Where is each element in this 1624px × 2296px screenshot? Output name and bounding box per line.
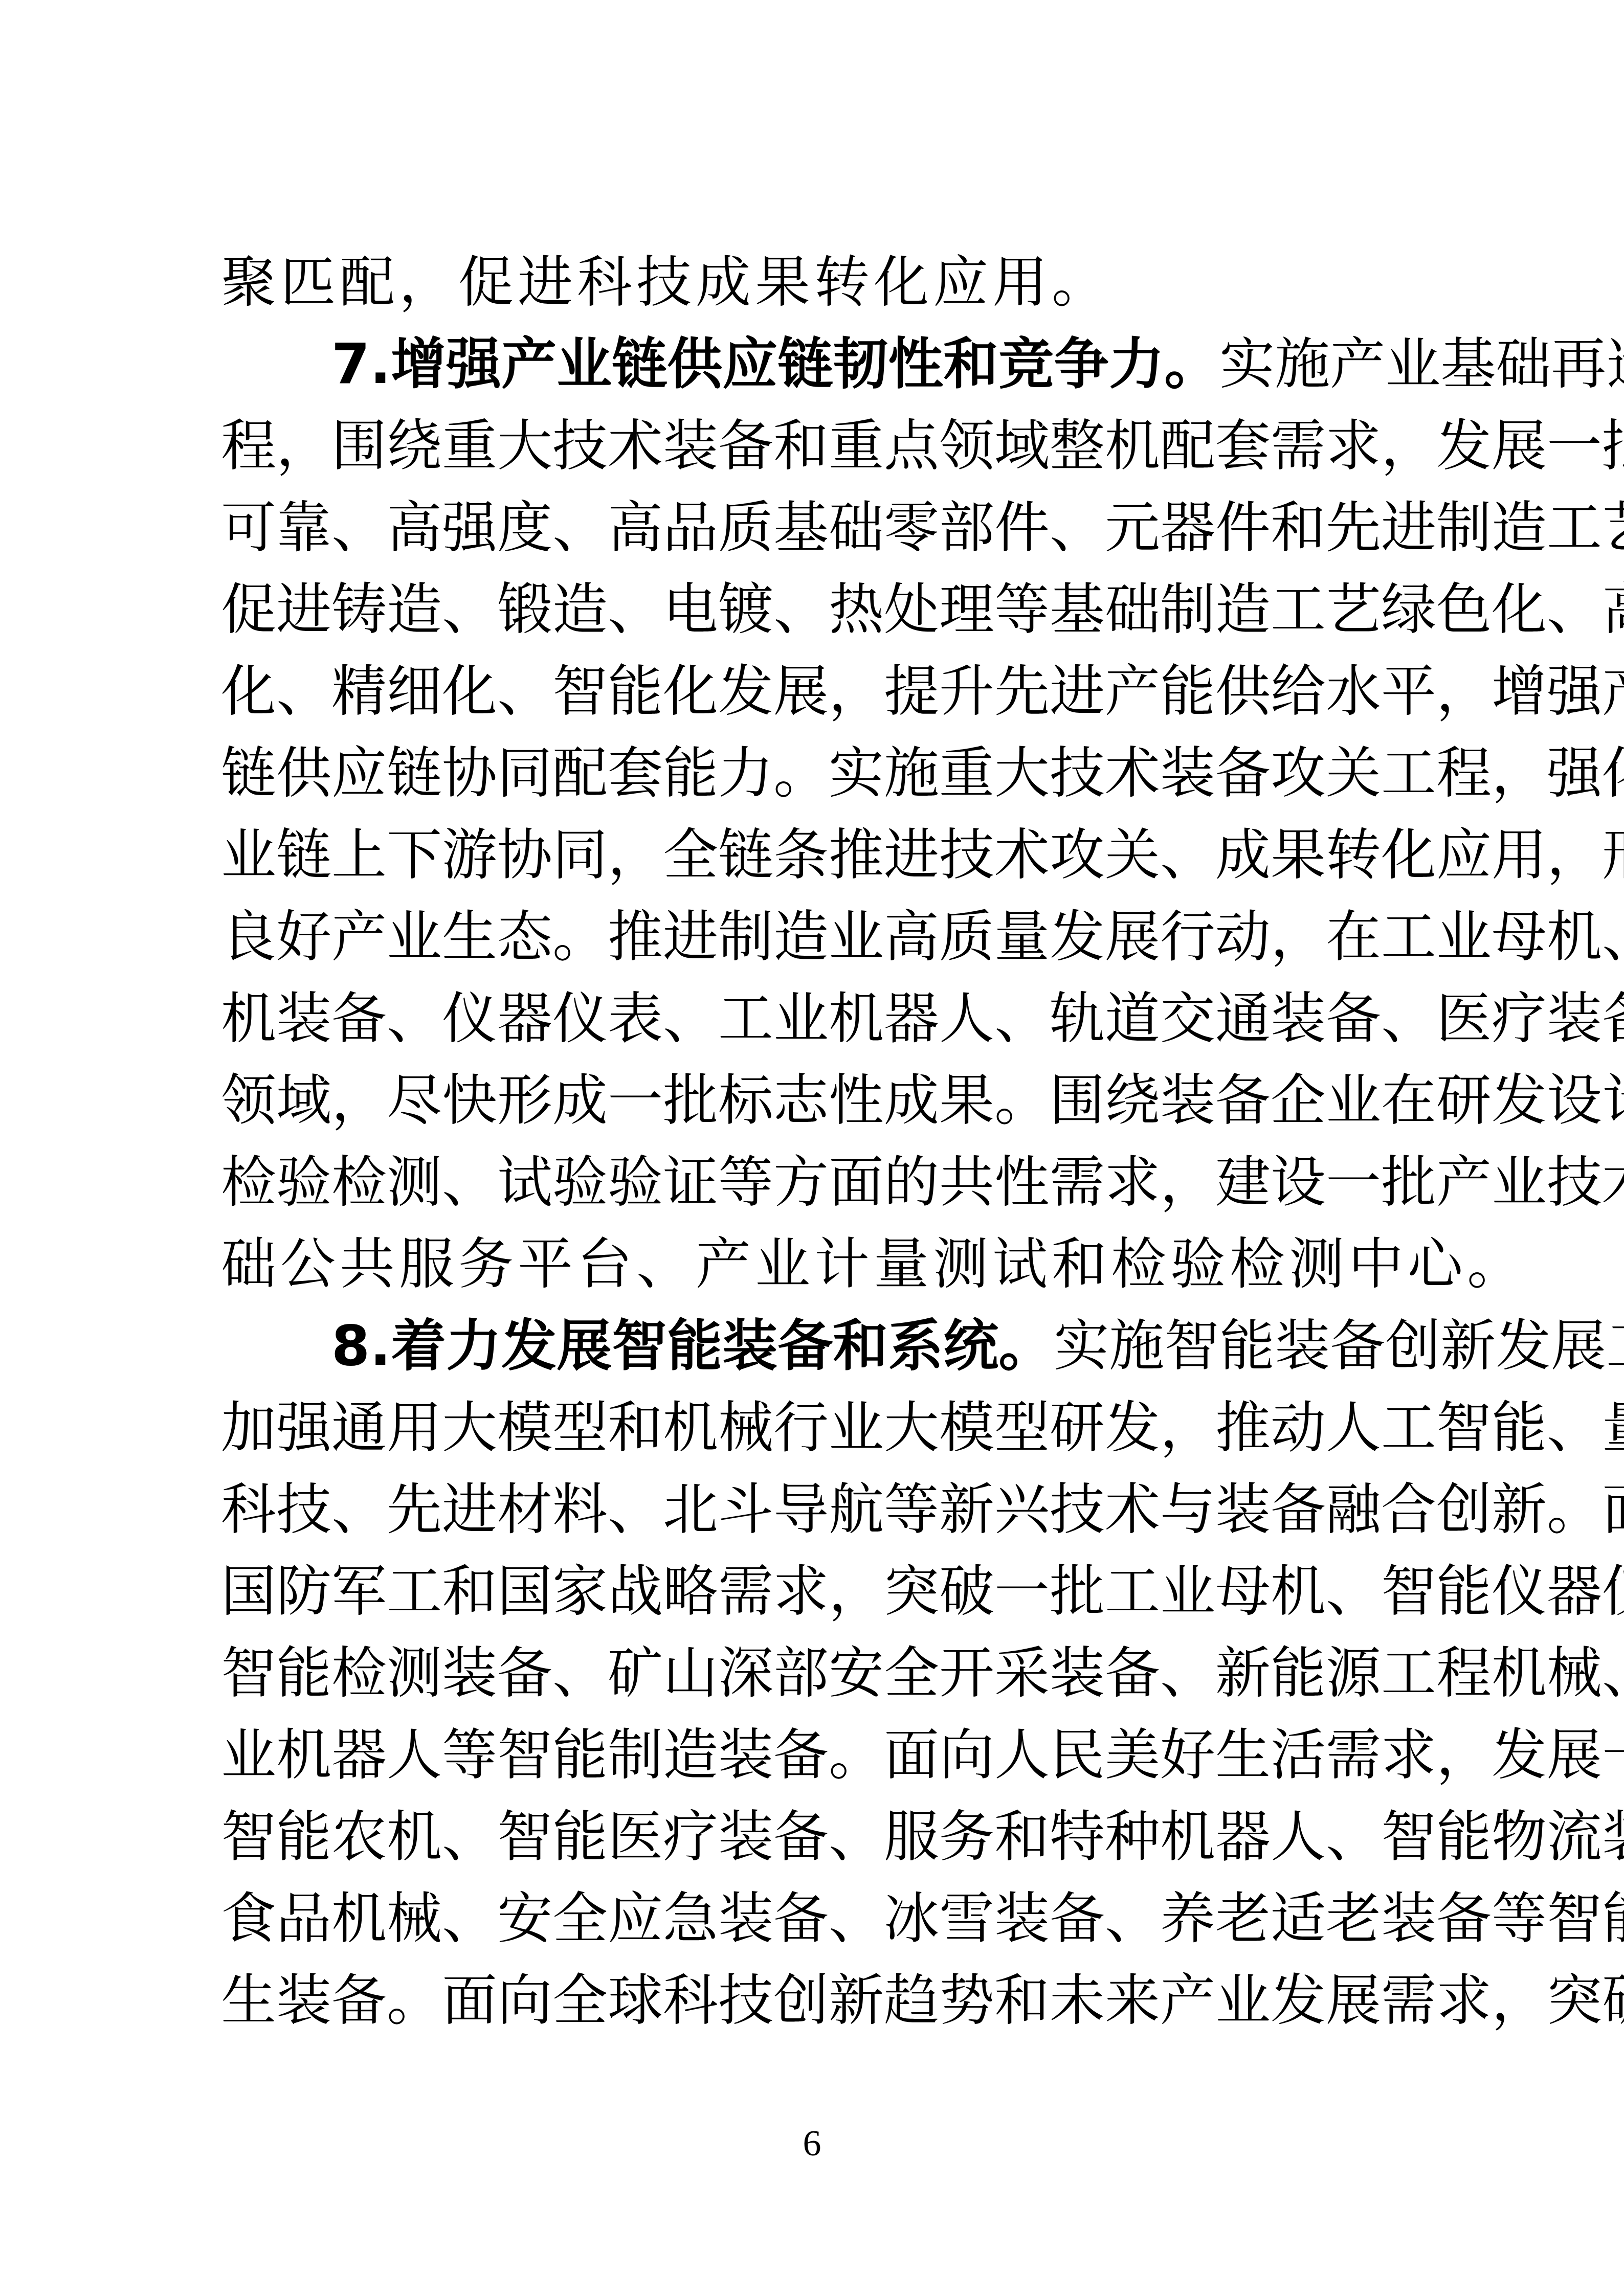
text-line: 链供应链协同配套能力。实施重大技术装备攻关工程，强化产 [221,735,1418,812]
text-line: 科技、先进材料、北斗导航等新兴技术与装备融合创新。面向 [221,1472,1418,1548]
text-line: 业机器人等智能制造装备。面向人民美好生活需求，发展一批 [221,1717,1418,1794]
text-line: 础公共服务平台、产业计量测试和检验检测中心。 [221,1226,1526,1303]
section-8-heading: 8.着力发展智能装备和系统。 [331,1314,1054,1378]
text-line: 智能农机、智能医疗装备、服务和特种机器人、智能物流装备、 [221,1799,1418,1876]
section-8-first-line: 8.着力发展智能装备和系统。实施智能装备创新发展工程， [221,1308,1418,1385]
section-7-heading: 7.增强产业链供应链韧性和竞争力。 [331,332,1219,396]
text-line: 智能检测装备、矿山深部安全开采装备、新能源工程机械、工 [221,1635,1418,1712]
text-line: 可靠、高强度、高品质基础零部件、元器件和先进制造工艺。 [221,490,1418,567]
text-line: 聚匹配，促进科技成果转化应用。 [221,244,1111,321]
text-line: 业链上下游协同，全链条推进技术攻关、成果转化应用，形成 [221,817,1418,894]
text-line: 食品机械、安全应急装备、冰雪装备、养老适老装备等智能民 [221,1881,1418,1957]
text-line: 机装备、仪器仪表、工业机器人、轨道交通装备、医疗装备等 [221,981,1418,1057]
text-line: 加强通用大模型和机械行业大模型研发，推动人工智能、量子 [221,1390,1418,1467]
text-span: 实施智能装备创新发展工程， [1054,1314,1624,1378]
text-line: 领域，尽快形成一批标志性成果。围绕装备企业在研发设计、 [221,1063,1418,1139]
text-line: 程，围绕重大技术装备和重点领域整机配套需求，发展一批高 [221,408,1418,485]
text-line: 国防军工和国家战略需求，突破一批工业母机、智能仪器仪表、 [221,1554,1418,1630]
page-number: 6 [0,2122,1624,2165]
text-line: 良好产业生态。推进制造业高质量发展行动，在工业母机、农 [221,899,1418,976]
section-7-first-line: 7.增强产业链供应链韧性和竞争力。实施产业基础再造工 [221,326,1418,403]
text-line: 促进铸造、锻造、电镀、热处理等基础制造工艺绿色化、高效 [221,572,1418,648]
text-line: 生装备。面向全球科技创新趋势和未来产业发展需求，突破发 [221,1963,1418,2039]
text-line: 检验检测、试验验证等方面的共性需求，建设一批产业技术基 [221,1144,1418,1221]
text-line: 化、精细化、智能化发展，提升先进产能供给水平，增强产业 [221,654,1418,730]
text-span: 实施产业基础再造工 [1219,332,1624,396]
